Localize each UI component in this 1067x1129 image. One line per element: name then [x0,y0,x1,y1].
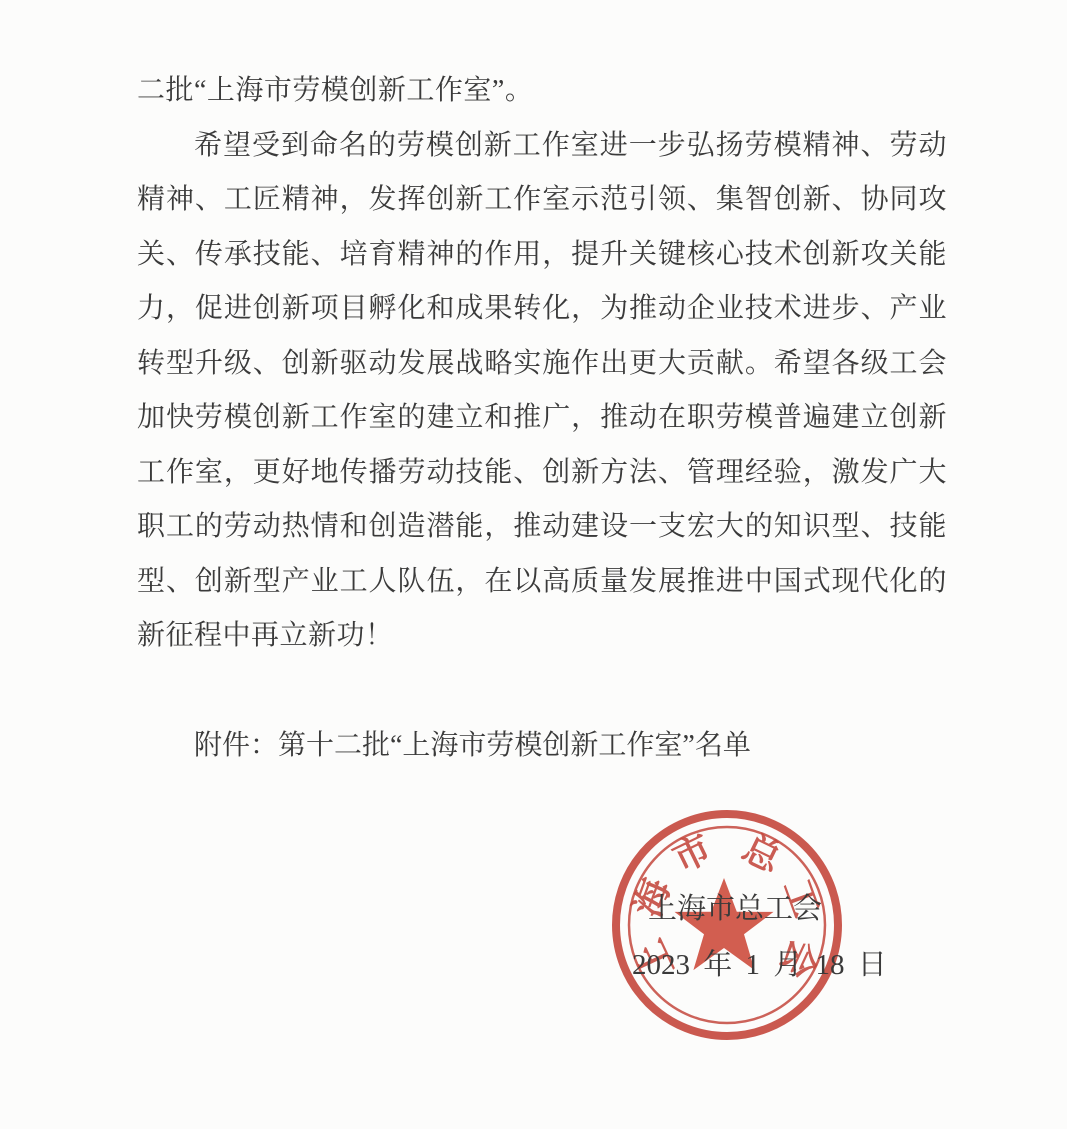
body-line: 职工的劳动热情和创造潜能，推动建设一支宏大的知识型、技能 [137,500,947,555]
seal-char: 总 [736,827,789,881]
body-line: 型、创新型产业工人队伍，在以高质量发展推进中国式现代化的 [137,555,947,610]
signature-date: 2023 年 1 月 18 日 [632,950,887,980]
body-line: 精神、工匠精神，发挥创新工作室示范引领、集智创新、协同攻 [137,173,947,228]
body-line: 新征程中再立新功！ [137,609,947,664]
document-page: 二批“上海市劳模创新工作室”。 希望受到命名的劳模创新工作室进一步弘扬劳模精神、… [0,0,1067,1129]
body-line: 希望受到命名的劳模创新工作室进一步弘扬劳模精神、劳动 [137,119,947,174]
body-line: 力，促进创新项目孵化和成果转化，为推动企业技术进步、产业 [137,282,947,337]
official-seal: 上 海 市 总 工 会 [597,795,857,1055]
body-line: 二批“上海市劳模创新工作室”。 [137,64,947,119]
signature-organization: 上海市总工会 [648,894,822,924]
seal-char: 市 [667,827,719,881]
body-line: 关、传承技能、培育精神的作用，提升关键核心技术创新攻关能 [137,228,947,283]
body-line: 转型升级、创新驱动发展战略实施作出更大贡献。希望各级工会 [137,337,947,392]
attachment-line: 附件：第十二批“上海市劳模创新工作室”名单 [137,719,947,774]
body-line: 加快劳模创新工作室的建立和推广，推动在职劳模普遍建立创新 [137,391,947,446]
letter-body: 二批“上海市劳模创新工作室”。 希望受到命名的劳模创新工作室进一步弘扬劳模精神、… [137,64,947,664]
body-line: 工作室，更好地传播劳动技能、创新方法、管理经验，激发广大 [137,446,947,501]
